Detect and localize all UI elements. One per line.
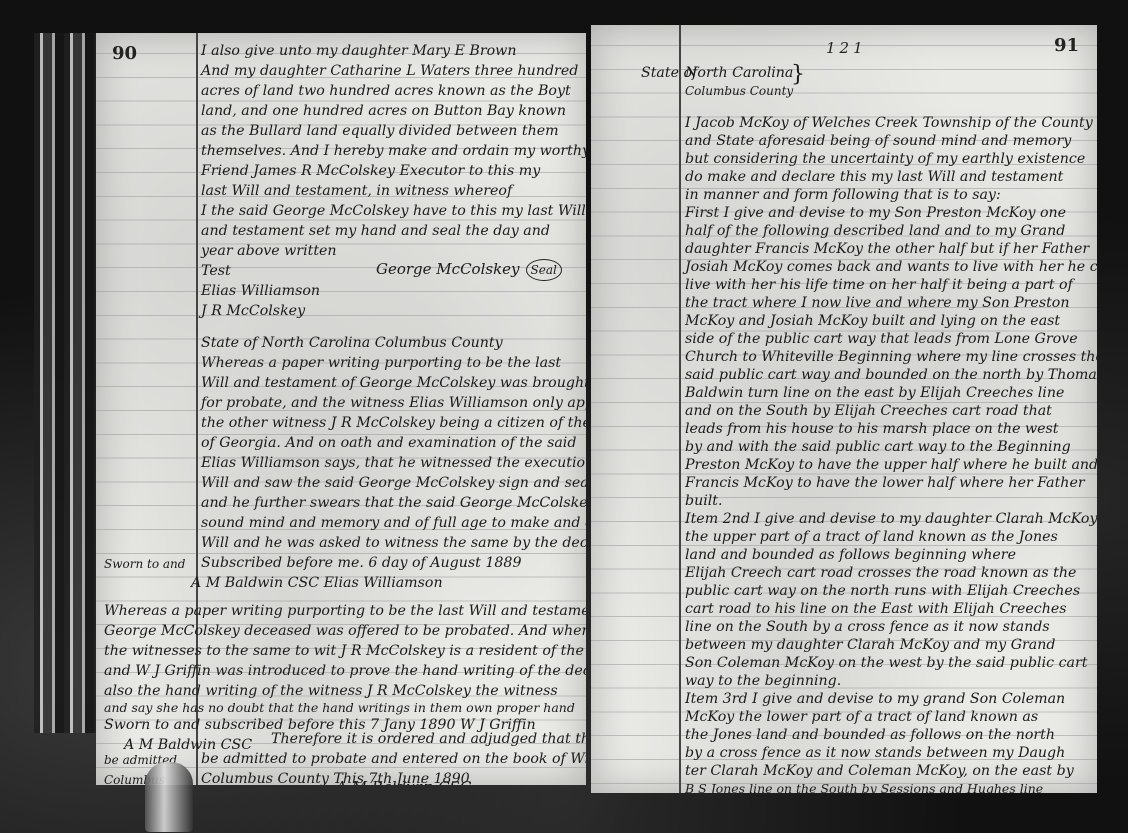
will-line: by and with the said public cart way to … bbox=[685, 437, 1071, 457]
will-line: Friend James R McColskey Executor to thi… bbox=[201, 161, 540, 181]
probate2-line: and W J Griffin was introduced to prove … bbox=[104, 661, 586, 681]
probate-line: Will and testament of George McColskey w… bbox=[201, 373, 586, 393]
will-line: live with her his life time on her half … bbox=[685, 275, 1073, 295]
will-line: and on the South by Elijah Creeches cart… bbox=[685, 401, 1052, 421]
will-line: way to the beginning. bbox=[685, 671, 841, 691]
will-line: I the said George McColskey have to this… bbox=[201, 201, 586, 221]
will-line: Francis McKoy to have the lower half whe… bbox=[685, 473, 1085, 493]
probate-line: Whereas a paper writing purporting to be… bbox=[201, 353, 561, 373]
will-line: McKoy the lower part of a tract of land … bbox=[685, 707, 1038, 727]
witness-signature: J R McColskey bbox=[201, 301, 305, 321]
page-clip-object bbox=[145, 762, 193, 832]
probate2-line: the witnesses to the same to wit J R McC… bbox=[104, 641, 586, 661]
will-line: between my daughter Clarah McKoy and my … bbox=[685, 635, 1055, 655]
heading-state: North Carolina bbox=[685, 63, 793, 83]
will-line: by a cross fence as it now stands betwee… bbox=[685, 743, 1065, 763]
probate2-line: Whereas a paper writing purporting to be… bbox=[104, 601, 586, 621]
order-line: be admitted to probate and entered on th… bbox=[201, 749, 586, 769]
brace-icon: } bbox=[791, 65, 805, 87]
probate2-line: George McColskey deceased was offered to… bbox=[104, 621, 586, 641]
margin-rule bbox=[679, 25, 681, 793]
will-line: ter Clarah McKoy and Coleman McKoy, on t… bbox=[685, 761, 1074, 781]
probate-line: sound mind and memory and of full age to… bbox=[201, 513, 586, 533]
sworn-margin-note: Sworn to and bbox=[104, 554, 185, 574]
will-line: Son Coleman McKoy on the west by the sai… bbox=[685, 653, 1087, 673]
will-line: public cart way on the north runs with E… bbox=[685, 581, 1080, 601]
book-spine-edge bbox=[34, 33, 96, 733]
will-line: but considering the uncertainty of my ea… bbox=[685, 149, 1085, 169]
will-line: Preston McKoy to have the upper half whe… bbox=[685, 455, 1097, 475]
will-line: McKoy and Josiah McKoy built and lying o… bbox=[685, 311, 1060, 331]
seal-mark: Seal bbox=[526, 259, 562, 281]
heading-county: Columbus County bbox=[685, 81, 793, 101]
will-line: Baldwin turn line on the east by Elijah … bbox=[685, 383, 1064, 403]
will-line: land, and one hundred acres on Button Ba… bbox=[201, 101, 566, 121]
probate-line: and he further swears that the said Geor… bbox=[201, 493, 586, 513]
page-number: 90 bbox=[112, 43, 137, 64]
left-page: 90 I also give unto my daughter Mary E B… bbox=[96, 33, 586, 785]
will-line: Church to Whiteville Beginning where my … bbox=[685, 347, 1097, 367]
probate-line: of Georgia. And on oath and examination … bbox=[201, 433, 576, 453]
clerk-witness-signatures: A M Baldwin CSC Elias Williamson bbox=[191, 573, 443, 593]
will-line: leads from his house to his marsh place … bbox=[685, 419, 1059, 439]
clerk-final-signature: A M Baldwin CSC bbox=[336, 777, 471, 785]
probate-line: Elias Williamson says, that he witnessed… bbox=[201, 453, 586, 473]
will-line: Josiah McKoy comes back and wants to liv… bbox=[685, 257, 1097, 277]
will-line: the upper part of a tract of land known … bbox=[685, 527, 1058, 547]
will-line: in manner and form following that is to … bbox=[685, 185, 1001, 205]
will-line: do make and declare this my last Will an… bbox=[685, 167, 1063, 187]
will-line: Elijah Creech cart road crosses the road… bbox=[685, 563, 1076, 583]
will-line: acres of land two hundred acres known as… bbox=[201, 81, 571, 101]
will-line: said public cart way and bounded on the … bbox=[685, 365, 1097, 385]
will-line: daughter Francis McKoy the other half bu… bbox=[685, 239, 1089, 259]
will-line: B S Jones line on the South by Sessions … bbox=[685, 779, 1043, 793]
testator-signature: George McColskeySeal bbox=[376, 259, 562, 281]
will-line: the Jones land and bounded as follows on… bbox=[685, 725, 1055, 745]
will-line: last Will and testament, in witness wher… bbox=[201, 181, 512, 201]
will-line: and State aforesaid being of sound mind … bbox=[685, 131, 1071, 151]
will-line: line on the South by a cross fence as it… bbox=[685, 617, 1050, 637]
probate-line: State of North Carolina Columbus County bbox=[201, 333, 503, 353]
will-line: side of the public cart way that leads f… bbox=[685, 329, 1078, 349]
will-line: First I give and devise to my Son Presto… bbox=[685, 203, 1066, 223]
probate-line: Will and he was asked to witness the sam… bbox=[201, 533, 586, 553]
witness-signature: Elias Williamson bbox=[201, 281, 320, 301]
will-line: as the Bullard land equally divided betw… bbox=[201, 121, 559, 141]
will-line: And my daughter Catharine L Waters three… bbox=[201, 61, 578, 81]
attest-label: Test bbox=[201, 261, 231, 281]
probate-line: Will and saw the said George McColskey s… bbox=[201, 473, 586, 493]
will-line: I Jacob McKoy of Welches Creek Township … bbox=[685, 113, 1093, 133]
will-line: cart road to his line on the East with E… bbox=[685, 599, 1067, 619]
probate-line: the other witness J R McColskey being a … bbox=[201, 413, 586, 433]
order-line: Therefore it is ordered and adjudged tha… bbox=[271, 729, 586, 749]
testator-name: George McColskey bbox=[376, 260, 520, 278]
sworn-line: Subscribed before me. 6 day of August 18… bbox=[201, 553, 522, 573]
will-line: land and bounded as follows beginning wh… bbox=[685, 545, 1016, 565]
will-line: half of the following described land and… bbox=[685, 221, 1065, 241]
will-line: the tract where I now live and where my … bbox=[685, 293, 1069, 313]
will-line: Item 3rd I give and devise to my grand S… bbox=[685, 689, 1065, 709]
will-line: themselves. And I hereby make and ordain… bbox=[201, 141, 586, 161]
will-line: year above written bbox=[201, 241, 337, 261]
will-line: I also give unto my daughter Mary E Brow… bbox=[201, 41, 516, 61]
probate-line: for probate, and the witness Elias Willi… bbox=[201, 393, 586, 413]
page-number: 91 bbox=[1054, 35, 1079, 56]
will-line: built. bbox=[685, 491, 723, 511]
will-line: Item 2nd I give and devise to my daughte… bbox=[685, 509, 1097, 529]
right-page: 91 121 State of North Carolina Columbus … bbox=[591, 25, 1097, 793]
will-line: and testament set my hand and seal the d… bbox=[201, 221, 550, 241]
record-reference-number: 121 bbox=[826, 39, 867, 57]
